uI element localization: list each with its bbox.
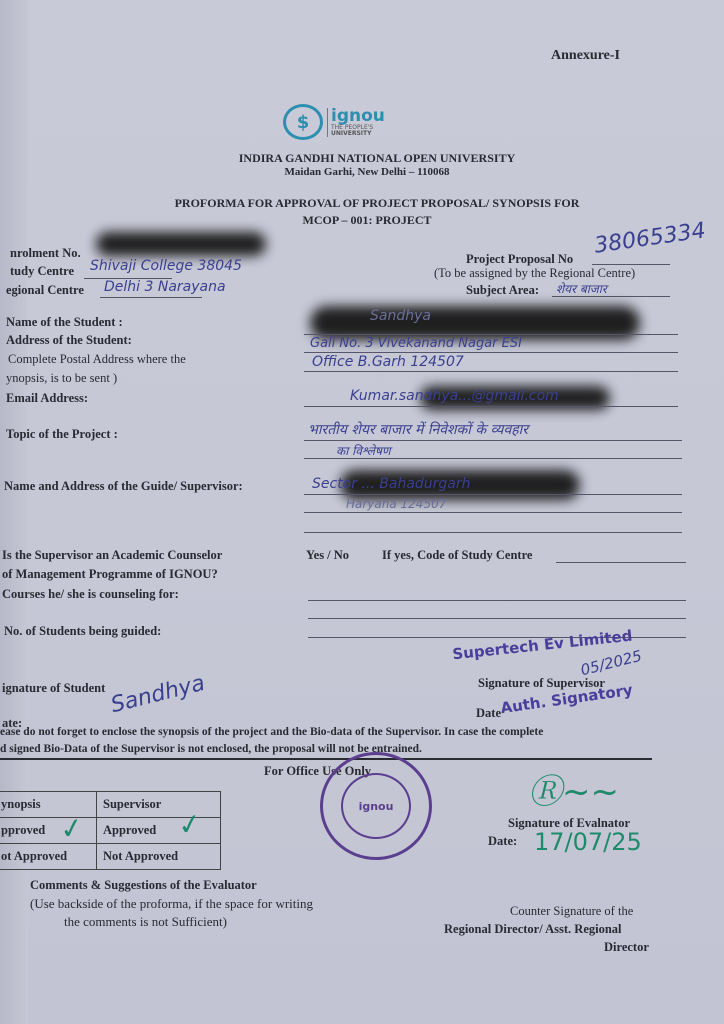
supervisor-not-approved[interactable]: Not Approved — [97, 844, 221, 870]
regional-centre-value[interactable]: Delhi 3 Narayana — [104, 279, 226, 295]
university-name: INDIRA GANDHI NATIONAL OPEN UNIVERSITY — [0, 151, 724, 166]
students-guided-label: No. of Students being guided: — [4, 624, 161, 639]
student-name-label: Name of the Student : — [6, 315, 123, 330]
counter-signature-line-1: Counter Signature of the — [510, 904, 633, 919]
email-label: Email Address: — [6, 391, 88, 406]
synopsis-not-approved[interactable]: ot Approved — [0, 844, 97, 870]
student-address-line-2[interactable]: Office B.Garh 124507 — [312, 354, 464, 370]
student-name-value[interactable]: Sandhya — [370, 308, 431, 324]
guide-line-2[interactable]: Haryana 124507 — [346, 497, 446, 511]
evaluator-date-label: Date: — [488, 834, 517, 849]
comments-title: Comments & Suggestions of the Evaluator — [30, 878, 257, 893]
notice-line-2: d signed Bio-Data of the Supervisor is n… — [0, 743, 422, 755]
academic-counselor-label-1: Is the Supervisor an Academic Counselor — [2, 548, 222, 563]
annexure-label: Annexure-I — [551, 48, 620, 64]
supervisor-date-label: Date — [476, 706, 501, 721]
form-subtitle: MCOP – 001: PROJECT — [0, 213, 724, 228]
guide-label: Name and Address of the Guide/ Superviso… — [4, 479, 243, 494]
university-seal: ignou — [320, 752, 432, 860]
enrolment-label: nrolment No. — [10, 246, 81, 261]
counter-signature-line-3: Director — [604, 940, 649, 955]
student-address-label: Address of the Student: — [6, 333, 132, 348]
topic-line-1[interactable]: भारतीय शेयर बाजार में निवेशकों के व्यवहा… — [308, 420, 528, 439]
address-note-2: ynopsis, is to be sent ) — [6, 371, 117, 386]
evaluator-date-value: 17/07/25 — [534, 828, 642, 856]
subject-area-label: Subject Area: — [466, 283, 539, 298]
logo-tagline-2: UNIVERSITY — [331, 131, 385, 137]
study-centre-code-label: If yes, Code of Study Centre — [382, 548, 532, 563]
ignou-logo-icon: $ — [283, 104, 323, 140]
topic-label: Topic of the Project : — [6, 427, 118, 442]
yes-no-option[interactable]: Yes / No — [306, 548, 349, 563]
topic-line-2[interactable]: का विश्लेषण — [336, 442, 391, 459]
student-signature: Sandhya — [108, 671, 207, 718]
university-address: Maidan Garhi, New Delhi – 110068 — [0, 166, 724, 178]
assigned-note: (To be assigned by the Regional Centre) — [434, 266, 635, 281]
header-synopsis: ynopsis — [0, 792, 97, 818]
courses-label: Courses he/ she is counseling for: — [2, 587, 179, 602]
guide-line-1[interactable]: Sector ... Bahadurgarh — [312, 476, 471, 492]
comments-note-1: (Use backside of the proforma, if the sp… — [30, 896, 313, 912]
enrolment-redacted — [96, 232, 266, 256]
logo-name: ignou — [331, 108, 385, 125]
header-supervisor: Supervisor — [97, 792, 221, 818]
evaluator-signature-icon: Ⓡ~~ — [528, 764, 619, 813]
table-row: ot Approved Not Approved — [0, 844, 221, 870]
project-proposal-label: Project Proposal No — [466, 252, 573, 267]
supervisor-signature-date: 05/2025 — [579, 647, 644, 680]
regional-centre-label: egional Centre — [6, 283, 84, 298]
email-value[interactable]: Kumar.sandhya...@gmail.com — [350, 388, 559, 404]
student-address-line-1[interactable]: Gali No. 3 Vivekanand Nagar ESI — [310, 336, 522, 351]
subject-area-value[interactable]: शेयर बाजार — [556, 280, 607, 297]
ignou-logo: $ ignou THE PEOPLE'S UNIVERSITY — [283, 104, 385, 140]
address-note-1: Complete Postal Address where the — [8, 352, 186, 367]
counter-signature-line-2: Regional Director/ Asst. Regional — [444, 922, 622, 937]
comments-note-2: the comments is not Sufficient) — [64, 914, 227, 930]
study-centre-label: tudy Centre — [10, 264, 74, 279]
academic-counselor-label-2: of Management Programme of IGNOU? — [2, 567, 218, 582]
notice-line-1: ease do not forget to enclose the synops… — [0, 726, 543, 738]
study-centre-value[interactable]: Shivaji College 38045 — [90, 258, 242, 274]
form-title: PROFORMA FOR APPROVAL OF PROJECT PROPOSA… — [0, 196, 724, 211]
seal-logo-icon: ignou — [341, 773, 411, 839]
student-signature-label: ignature of Student — [2, 681, 105, 696]
